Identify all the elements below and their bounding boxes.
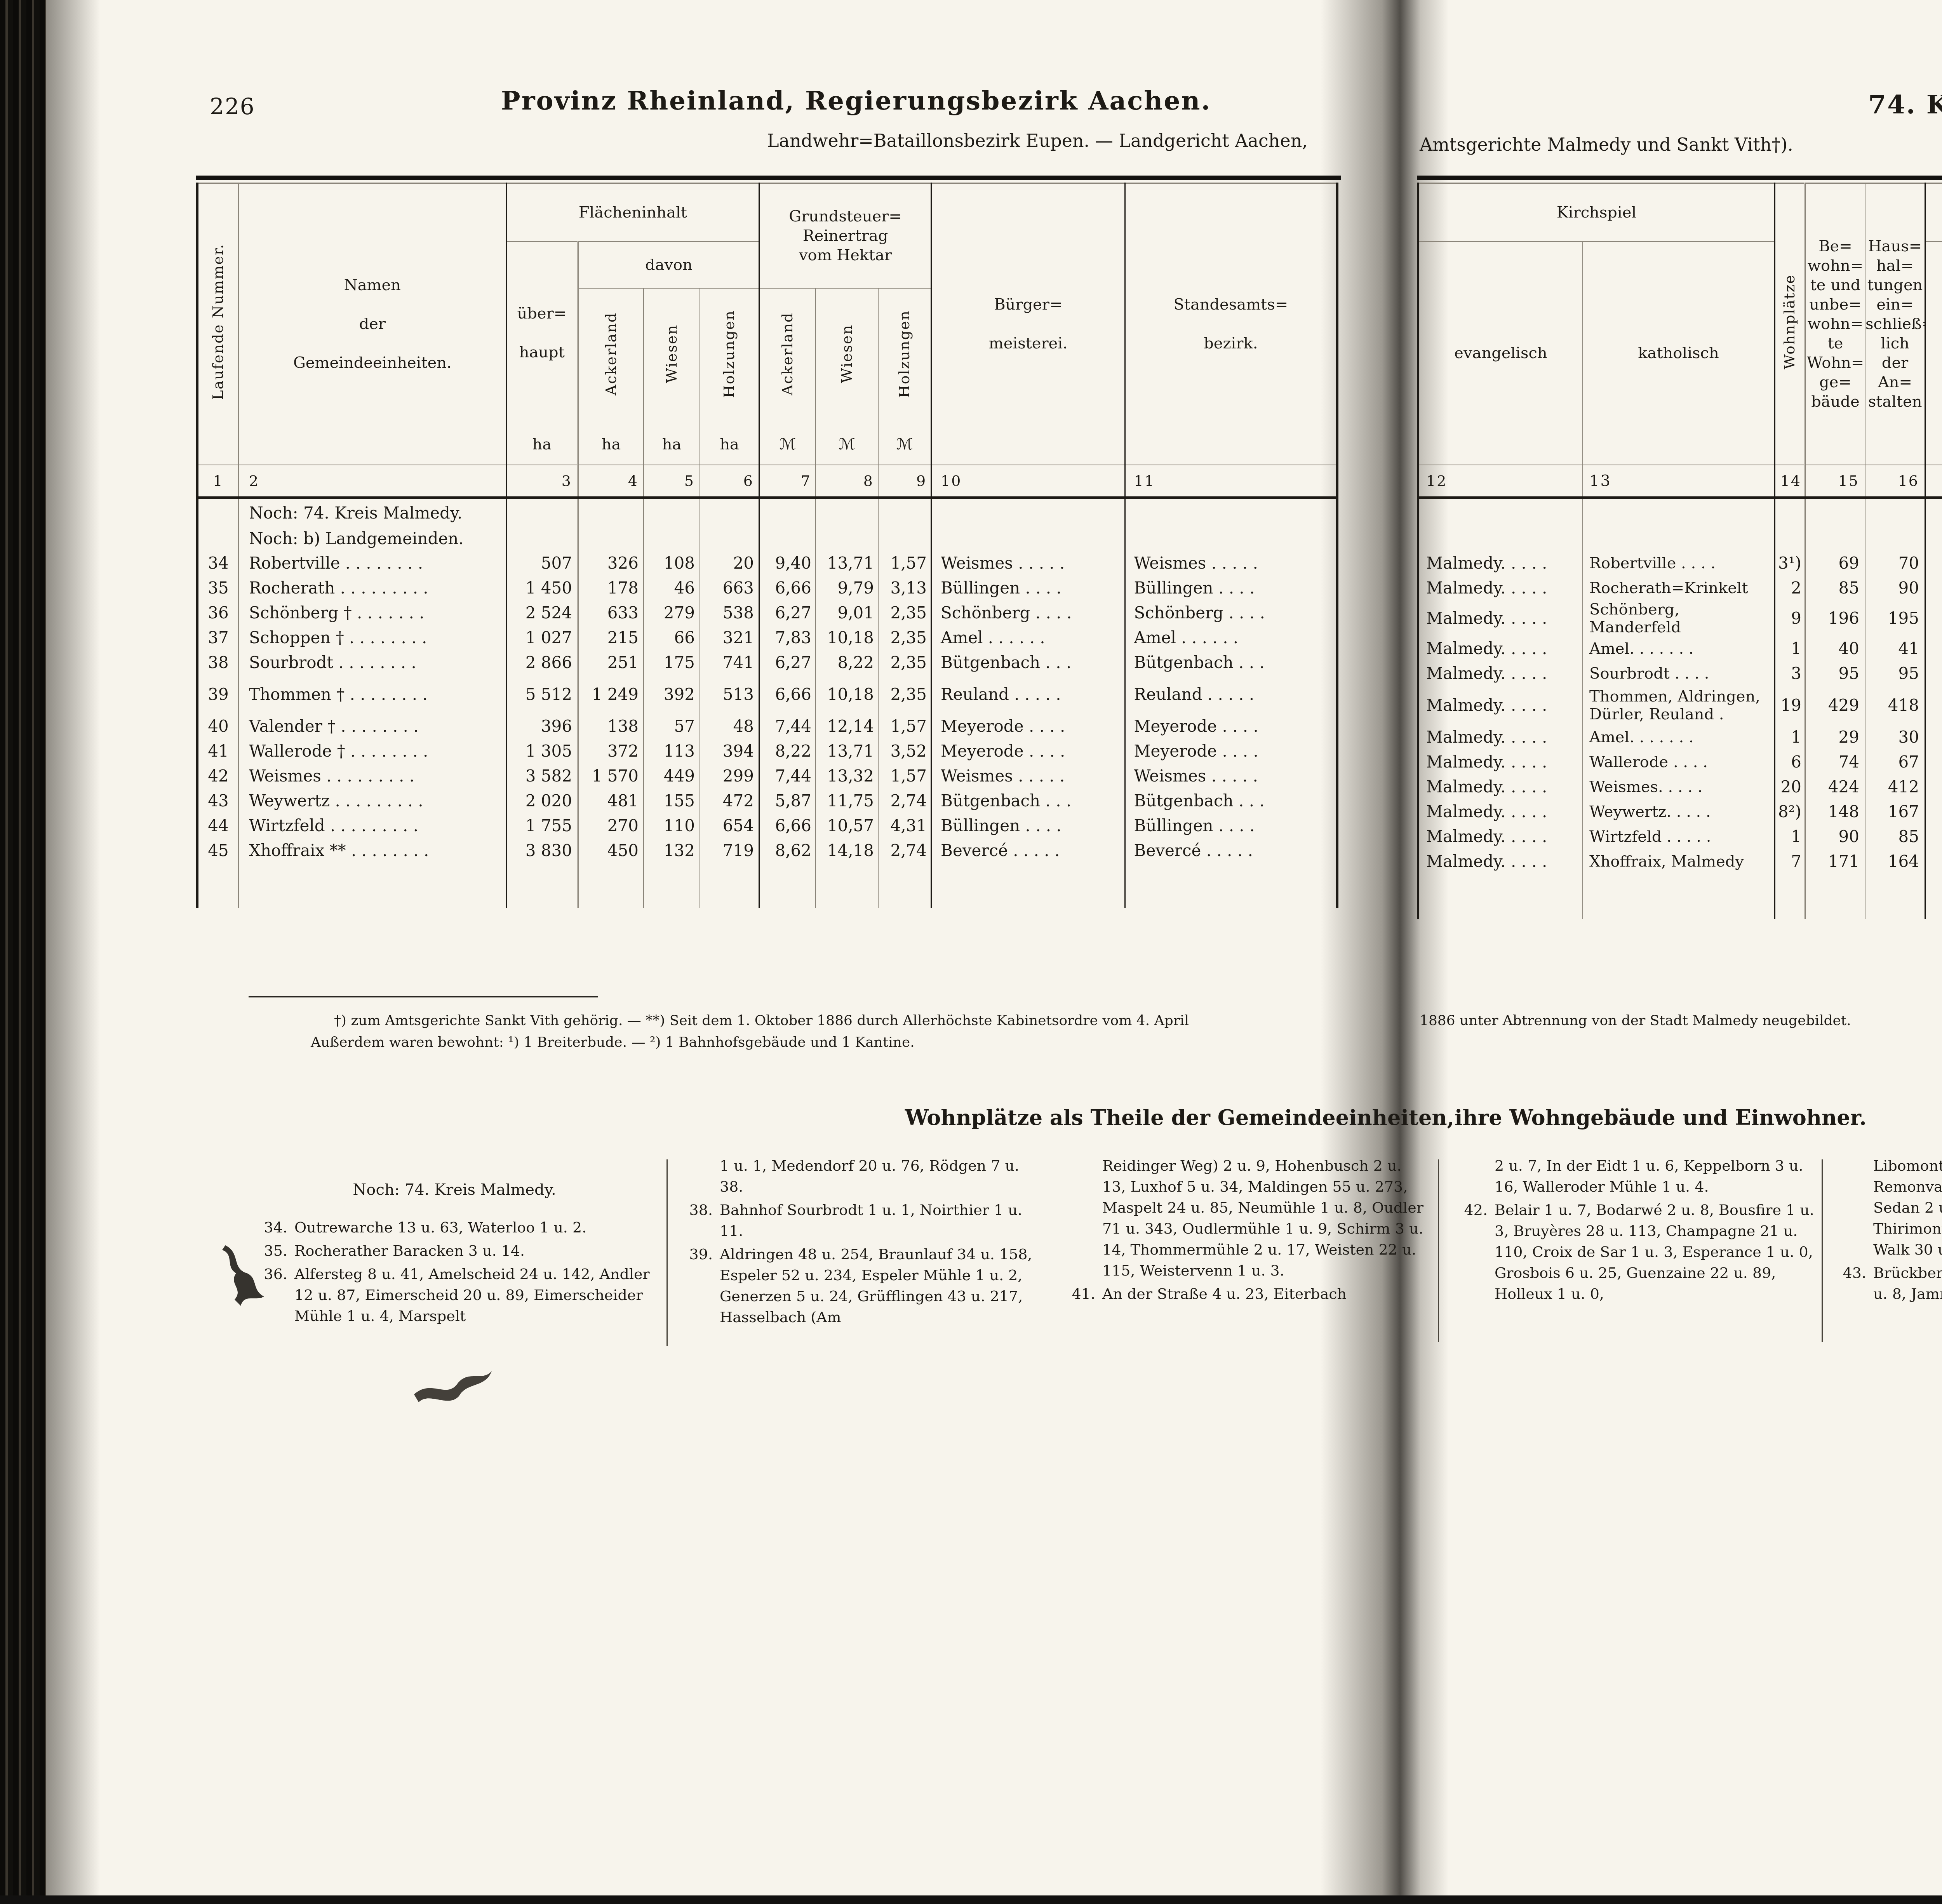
- note-number: [678, 1156, 720, 1197]
- table-cell: 1: [1775, 636, 1805, 661]
- table-cell: Malmedy. . . . .: [1418, 686, 1583, 725]
- table-cell: 138: [578, 714, 644, 739]
- table-cell: Amel. . . . . . .: [1583, 636, 1775, 661]
- table-cell: 110: [644, 813, 700, 838]
- col-header-wohngebaeude: Be= wohn= te und unbe= wohn= te Wohn= ge…: [1805, 183, 1865, 465]
- table-row: 40Valender † . . . . . . . .39613857487,…: [197, 714, 1337, 739]
- table-cell: 37: [197, 625, 238, 650]
- table-cell: Büllingen . . . .: [1125, 576, 1337, 600]
- col-header-ackerland-m: Ackerland: [759, 288, 816, 424]
- table-cell: 2: [1775, 576, 1805, 600]
- section-label: Noch: b) Landgemeinden.: [238, 527, 506, 551]
- note-number: 38.: [678, 1200, 720, 1242]
- note-number: 41.: [1060, 1284, 1102, 1305]
- note-number: 43.: [1831, 1263, 1873, 1305]
- unit-mark: ℳ: [878, 424, 931, 465]
- table-cell: 6,27: [759, 600, 816, 625]
- table-cell: 346: [1925, 551, 1942, 576]
- note-number: 42.: [1453, 1200, 1495, 1305]
- table-cell: Meyerode . . . .: [931, 714, 1125, 739]
- table-row: 41Wallerode † . . . . . . . .1 305372113…: [197, 739, 1337, 764]
- table-cell: 69: [1805, 551, 1865, 576]
- table-cell: Reuland . . . . .: [1125, 675, 1337, 714]
- table-cell: Malmedy. . . . .: [1418, 799, 1583, 824]
- table-cell: 8,22: [759, 739, 816, 764]
- table-cell: 321: [700, 625, 759, 650]
- population-and-religion-table: Kirchspiel Wohnplätze Be= wohn= te und u…: [1417, 183, 1942, 919]
- note-text: Aldringen 48 u. 254, Braunlauf 34 u. 158…: [720, 1244, 1047, 1328]
- table-row: 42Weismes . . . . . . . . .3 5821 570449…: [197, 764, 1337, 788]
- table-cell: 299: [700, 764, 759, 788]
- table-cell: 251: [578, 650, 644, 675]
- col-header-haushaltungen: Haus= hal= tungen ein= schließ= lich der…: [1865, 183, 1925, 465]
- unit-ha: ha: [644, 424, 700, 465]
- table-cell: Bütgenbach . . .: [1125, 788, 1337, 813]
- right-table-frame: Kirchspiel Wohnplätze Be= wohn= te und u…: [1417, 176, 1942, 919]
- note-text: Libomont 14 u. 51, Oudenval 80 u. 354, R…: [1873, 1156, 1942, 1260]
- settlement-note: 36.Alfersteg 8 u. 41, Amelscheid 24 u. 1…: [252, 1264, 656, 1327]
- table-cell: Xhoffraix, Malmedy: [1583, 849, 1775, 874]
- table-cell: Reuland . . . . .: [931, 675, 1125, 714]
- table-cell: 9: [1775, 600, 1805, 636]
- table-cell: 418: [1865, 686, 1925, 725]
- table-cell: 396: [506, 714, 578, 739]
- table-cell: 327: [1925, 750, 1942, 774]
- table-cell: 108: [644, 551, 700, 576]
- table-cell: Schönberg † . . . . . . .: [238, 600, 506, 625]
- table-row: 38Sourbrodt . . . . . . . .2 86625117574…: [197, 650, 1337, 675]
- table-cell: 148: [1805, 799, 1865, 824]
- unit-ha: ha: [700, 424, 759, 465]
- table-cell: Amel . . . . . .: [1125, 625, 1337, 650]
- table-cell: 228: [1925, 636, 1942, 661]
- table-cell: 6,66: [759, 675, 816, 714]
- table-cell: 30: [1865, 725, 1925, 750]
- filler-row: [1418, 874, 1942, 919]
- table-cell: 20: [1775, 774, 1805, 799]
- settlement-note: 41.An der Straße 4 u. 23, Eiterbach: [1060, 1284, 1423, 1305]
- note-number: 34.: [252, 1217, 294, 1238]
- note-text: Brückberg 5 u. 26, Bahnhof Bütgenbach 2 …: [1873, 1263, 1942, 1305]
- table-cell: 29: [1805, 725, 1865, 750]
- column-divider: [1438, 1159, 1439, 1342]
- table-cell: 74: [1805, 750, 1865, 774]
- table-cell: 7,44: [759, 714, 816, 739]
- table-cell: Malmedy. . . . .: [1418, 576, 1583, 600]
- note-text: 2 u. 7, In der Eidt 1 u. 6, Keppelborn 3…: [1495, 1156, 1822, 1197]
- table-cell: 1 755: [506, 813, 578, 838]
- table-cell: 215: [578, 625, 644, 650]
- settlement-note: Reidinger Weg) 2 u. 9, Hohenbusch 2 u. 1…: [1060, 1156, 1423, 1281]
- table-cell: 90: [1805, 824, 1865, 849]
- table-row: Malmedy. . . . .Thommen, Aldringen, Dürl…: [1418, 686, 1942, 725]
- settlement-note: 34.Outrewarche 13 u. 63, Waterloo 1 u. 2…: [252, 1217, 656, 1238]
- table-row: 44Wirtzfeld . . . . . . . . .1 755270110…: [197, 813, 1337, 838]
- table-cell: Weismes . . . . .: [1125, 551, 1337, 576]
- table-cell: Sourbrodt . . . .: [1583, 661, 1775, 686]
- table-cell: Malmedy. . . . .: [1418, 750, 1583, 774]
- col-header-holzungen-m: Holzungen: [878, 288, 931, 424]
- table-cell: Bütgenbach . . .: [931, 650, 1125, 675]
- settlement-note: 42.Belair 1 u. 7, Bodarwé 2 u. 8, Bousfi…: [1453, 1200, 1822, 1305]
- table-cell: Malmedy. . . . .: [1418, 824, 1583, 849]
- table-cell: Malmedy. . . . .: [1418, 661, 1583, 686]
- table-cell: Bütgenbach . . .: [1125, 650, 1337, 675]
- table-cell: 436: [1925, 824, 1942, 849]
- settlement-note: 2 u. 7, In der Eidt 1 u. 6, Keppelborn 3…: [1453, 1156, 1822, 1197]
- table-row: Malmedy. . . . .Amel. . . . . . .1293015…: [1418, 725, 1942, 750]
- table-cell: 7: [1775, 849, 1805, 874]
- table-cell: 449: [644, 764, 700, 788]
- table-cell: 3¹): [1775, 551, 1805, 576]
- table-cell: 196: [1805, 600, 1865, 636]
- table-cell: 95: [1865, 661, 1925, 686]
- table-cell: Xhoffraix ** . . . . . . . .: [238, 838, 506, 863]
- table-cell: 85: [1805, 576, 1865, 600]
- table-cell: 12,14: [816, 714, 878, 739]
- settlement-note: 38.Bahnhof Sourbrodt 1 u. 1, Noirthier 1…: [678, 1200, 1047, 1242]
- col-header-holzungen-ha: Holzungen: [700, 288, 759, 424]
- table-cell: 41: [197, 739, 238, 764]
- table-cell: 57: [644, 714, 700, 739]
- table-cell: 164: [1865, 849, 1925, 874]
- table-cell: 95: [1805, 661, 1865, 686]
- footnote-line: †) zum Amtsgerichte Sankt Vith gehörig. …: [334, 1013, 1189, 1029]
- note-number: [1060, 1156, 1102, 1281]
- table-cell: Rocherath . . . . . . . . .: [238, 576, 506, 600]
- table-cell: 3,13: [878, 576, 931, 600]
- table-row: Malmedy. . . . .Schönberg, Manderfeld919…: [1418, 600, 1942, 636]
- table-cell: 2,74: [878, 788, 931, 813]
- table-row: Malmedy. . . . .Sourbrodt . . . .3959549…: [1418, 661, 1942, 686]
- table-cell: Schönberg . . . .: [1125, 600, 1337, 625]
- table-cell: Meyerode . . . .: [1125, 739, 1337, 764]
- table-cell: 2,35: [878, 650, 931, 675]
- table-cell: Amel. . . . . . .: [1583, 725, 1775, 750]
- table-row: 37Schoppen † . . . . . . . .1 0272156632…: [197, 625, 1337, 650]
- table-cell: 167: [1865, 799, 1925, 824]
- table-cell: 663: [700, 576, 759, 600]
- table-cell: Thommen, Aldringen, Dürler, Reuland .: [1583, 686, 1775, 725]
- col-header-namen: Namen der Gemeindeeinheiten.: [238, 183, 506, 465]
- table-cell: 6,66: [759, 576, 816, 600]
- table-cell: 270: [578, 813, 644, 838]
- table-cell: Rocherath=Krinkelt: [1583, 576, 1775, 600]
- column-divider: [666, 1159, 668, 1346]
- table-row: Malmedy. . . . .Robertville . . . .3¹)69…: [1418, 551, 1942, 576]
- group-header-kirchspiel: Kirchspiel: [1418, 183, 1775, 242]
- table-cell: Robertville . . . . . . . .: [238, 551, 506, 576]
- table-cell: 1 883: [1925, 774, 1942, 799]
- table-cell: 372: [578, 739, 644, 764]
- table-cell: Weismes. . . . .: [1583, 774, 1775, 799]
- table-cell: Weywertz. . . . .: [1583, 799, 1775, 824]
- table-row: Malmedy. . . . .Xhoffraix, Malmedy717116…: [1418, 849, 1942, 874]
- footnote-line: Außerdem waren bewohnt: ¹) 1 Breiterbude…: [311, 1034, 915, 1050]
- note-number: 39.: [678, 1244, 720, 1328]
- col-header-wohnplaetze: Wohnplätze: [1775, 183, 1805, 465]
- table-cell: Wallerode . . . .: [1583, 750, 1775, 774]
- table-cell: 9,79: [816, 576, 878, 600]
- table-cell: 44: [197, 813, 238, 838]
- table-cell: 195: [1865, 600, 1925, 636]
- table-cell: 507: [506, 551, 578, 576]
- table-row: Malmedy. . . . .Weywertz. . . . .8²)1481…: [1418, 799, 1942, 824]
- table-cell: 708: [1925, 849, 1942, 874]
- table-cell: 1,57: [878, 551, 931, 576]
- table-cell: Valender † . . . . . . . .: [238, 714, 506, 739]
- table-cell: 11,75: [816, 788, 878, 813]
- table-row: Malmedy. . . . .Wirtzfeld . . . . .19085…: [1418, 824, 1942, 849]
- column-number-row: 1213 1415 1617 1819 2021 2223 2425 1: [1418, 465, 1942, 498]
- settlement-notes-column-2: 1 u. 1, Medendorf 20 u. 76, Rödgen 7 u. …: [678, 1156, 1047, 1330]
- note-number: [1831, 1156, 1873, 1260]
- table-cell: 3,52: [878, 739, 931, 764]
- table-cell: 7,44: [759, 764, 816, 788]
- filler-row: [197, 863, 1337, 908]
- settlement-note: 43.Brückberg 5 u. 26, Bahnhof Bütgenbach…: [1831, 1263, 1942, 1305]
- right-table-body: Malmedy. . . . .Robertville . . . .3¹)69…: [1418, 551, 1942, 874]
- table-row: 39Thommen † . . . . . . . .5 5121 249392…: [197, 675, 1337, 714]
- col-header-katholisch: katholisch: [1583, 242, 1775, 465]
- table-cell: Thommen † . . . . . . . .: [238, 675, 506, 714]
- table-cell: Büllingen . . . .: [1125, 813, 1337, 838]
- table-cell: 39: [197, 675, 238, 714]
- bottom-section-title-left: Wohnplätze als Theile der Gemeindeeinhei…: [905, 1105, 1454, 1130]
- table-cell: 48: [700, 714, 759, 739]
- footnote-rule: [249, 996, 598, 997]
- table-cell: 279: [644, 600, 700, 625]
- table-cell: Sourbrodt . . . . . . . .: [238, 650, 506, 675]
- table-cell: 41: [1865, 636, 1925, 661]
- table-cell: 1 570: [578, 764, 644, 788]
- table-cell: 2,35: [878, 625, 931, 650]
- table-cell: 7,83: [759, 625, 816, 650]
- col-header-ueberhaupt: Über= haupt: [1925, 242, 1942, 465]
- table-cell: 8,62: [759, 838, 816, 863]
- table-cell: 2,35: [878, 675, 931, 714]
- column-divider: [1822, 1159, 1823, 1342]
- col-header-buergermeisterei: Bürger= meisterei.: [931, 183, 1125, 465]
- bottom-section-title-right: ihre Wohngebäude und Einwohner.: [1455, 1105, 1867, 1130]
- col-header-laufende-nummer: Laufende Nummer.: [197, 183, 238, 465]
- table-cell: Schoppen † . . . . . . . .: [238, 625, 506, 650]
- table-cell: 34: [197, 551, 238, 576]
- table-cell: Bevercé . . . . .: [1125, 838, 1337, 863]
- page-subtitle-right: Amtsgerichte Malmedy und Sankt Vith†).: [1420, 134, 1793, 155]
- table-cell: 741: [700, 650, 759, 675]
- note-text: Belair 1 u. 7, Bodarwé 2 u. 8, Bousfire …: [1495, 1200, 1822, 1305]
- footnote-left: †) zum Amtsgerichte Sankt Vith gehörig. …: [311, 1010, 1429, 1053]
- group-header-davon: davon: [578, 242, 759, 288]
- table-cell: 42: [197, 764, 238, 788]
- page-title-left: Provinz Rheinland, Regierungsbezirk Aach…: [501, 85, 1211, 116]
- table-cell: Malmedy. . . . .: [1418, 600, 1583, 636]
- settlement-notes-column-3: Reidinger Weg) 2 u. 9, Hohenbusch 2 u. 1…: [1060, 1156, 1423, 1307]
- table-cell: 1 027: [506, 625, 578, 650]
- table-cell: Weismes . . . . .: [931, 551, 1125, 576]
- table-cell: 67: [1865, 750, 1925, 774]
- group-header-flaecheninhalt: Flächeninhalt: [506, 183, 759, 242]
- page-title-right: 74. Kreis Malmedy.: [1868, 89, 1942, 120]
- table-cell: 171: [1805, 849, 1865, 874]
- table-cell: 19: [1775, 686, 1805, 725]
- table-cell: 38: [197, 650, 238, 675]
- left-table-body: 34Robertville . . . . . . . .50732610820…: [197, 551, 1337, 863]
- col-header-ueberhaupt-ha: über= haupt: [506, 242, 578, 424]
- table-cell: 490: [1925, 661, 1942, 686]
- table-cell: 35: [197, 576, 238, 600]
- book-edge-bottom: [0, 1895, 1942, 1904]
- section-row: Noch: b) Landgemeinden.: [197, 527, 1337, 551]
- table-cell: 2 068: [1925, 686, 1942, 725]
- table-cell: 178: [578, 576, 644, 600]
- table-cell: 45: [197, 838, 238, 863]
- table-row: 35Rocherath . . . . . . . . .1 450178466…: [197, 576, 1337, 600]
- unit-mark: ℳ: [759, 424, 816, 465]
- table-cell: 1 249: [578, 675, 644, 714]
- note-text: An der Straße 4 u. 23, Eiterbach: [1102, 1284, 1423, 1305]
- table-cell: 155: [644, 788, 700, 813]
- table-cell: Büllingen . . . .: [931, 576, 1125, 600]
- table-cell: 152: [1925, 725, 1942, 750]
- table-cell: Malmedy. . . . .: [1418, 636, 1583, 661]
- book-edge-left: [0, 0, 46, 1904]
- settlement-notes-column-5: Libomont 14 u. 51, Oudenval 80 u. 354, R…: [1831, 1156, 1942, 1307]
- group-header-ortsanwesende-bevoelkerung: Ortsanwesende Bevölkerung am 1. Dezember…: [1925, 183, 1942, 242]
- table-cell: 20: [700, 551, 759, 576]
- table-cell: 9,40: [759, 551, 816, 576]
- table-cell: 13,32: [816, 764, 878, 788]
- area-and-districts-table: Laufende Nummer. Namen der Gemeindeeinhe…: [196, 183, 1338, 908]
- table-cell: 1,57: [878, 764, 931, 788]
- scanned-book-spread: 226 Provinz Rheinland, Regierungsbezirk …: [0, 0, 1942, 1904]
- table-cell: 85: [1865, 824, 1925, 849]
- table-cell: 538: [700, 600, 759, 625]
- table-cell: 8²): [1775, 799, 1805, 824]
- table-cell: 1 450: [506, 576, 578, 600]
- table-row: Malmedy. . . . .Weismes. . . . .20424412…: [1418, 774, 1942, 799]
- table-cell: 429: [1805, 686, 1865, 725]
- table-cell: 6,66: [759, 813, 816, 838]
- table-row: Malmedy. . . . .Wallerode . . . .6746732…: [1418, 750, 1942, 774]
- note-text: Reidinger Weg) 2 u. 9, Hohenbusch 2 u. 1…: [1102, 1156, 1423, 1281]
- table-cell: Malmedy. . . . .: [1418, 551, 1583, 576]
- table-cell: 1 305: [506, 739, 578, 764]
- table-cell: 132: [644, 838, 700, 863]
- col-header-evangelisch: evangelisch: [1418, 242, 1583, 465]
- table-cell: Weismes . . . . .: [1125, 764, 1337, 788]
- group-header-grundsteuer: Grundsteuer= Reinertrag vom Hektar: [759, 183, 931, 288]
- section-label: Noch: 74. Kreis Malmedy.: [238, 498, 506, 527]
- table-cell: 326: [578, 551, 644, 576]
- table-row: 43Weywertz . . . . . . . . .2 0204811554…: [197, 788, 1337, 813]
- table-cell: 719: [700, 838, 759, 863]
- table-cell: 2,74: [878, 838, 931, 863]
- table-cell: 2,35: [878, 600, 931, 625]
- footnote-line: 1886 unter Abtrennung von der Stadt Malm…: [1420, 1013, 1851, 1029]
- table-cell: 1,57: [878, 714, 931, 739]
- table-cell: 6: [1775, 750, 1805, 774]
- unit-ha: ha: [506, 424, 578, 465]
- table-cell: 14,18: [816, 838, 878, 863]
- table-cell: Malmedy. . . . .: [1418, 849, 1583, 874]
- table-cell: 654: [700, 813, 759, 838]
- table-cell: 4,31: [878, 813, 931, 838]
- table-cell: Bütgenbach . . .: [931, 788, 1125, 813]
- table-cell: 13,71: [816, 739, 878, 764]
- table-cell: Meyerode . . . .: [1125, 714, 1337, 739]
- note-number: [1453, 1156, 1495, 1197]
- table-cell: 472: [700, 788, 759, 813]
- left-table-frame: Laufende Nummer. Namen der Gemeindeeinhe…: [196, 176, 1341, 908]
- table-cell: Weismes . . . . . . . . .: [238, 764, 506, 788]
- table-cell: 90: [1865, 576, 1925, 600]
- note-text: Bahnhof Sourbrodt 1 u. 1, Noirthier 1 u.…: [720, 1200, 1047, 1242]
- footnote-right: 1886 unter Abtrennung von der Stadt Malm…: [1420, 1010, 1942, 1032]
- table-cell: 10,18: [816, 625, 878, 650]
- note-text: 1 u. 1, Medendorf 20 u. 76, Rödgen 7 u. …: [720, 1156, 1047, 1197]
- table-cell: 3: [1775, 661, 1805, 686]
- table-cell: 3 582: [506, 764, 578, 788]
- table-cell: 813: [1925, 799, 1942, 824]
- note-text: Alfersteg 8 u. 41, Amelscheid 24 u. 142,…: [294, 1264, 656, 1327]
- table-cell: Bevercé . . . . .: [931, 838, 1125, 863]
- book-edge-left-shadow: [46, 0, 100, 1904]
- settlement-notes-column-4: 2 u. 7, In der Eidt 1 u. 6, Keppelborn 3…: [1453, 1156, 1822, 1307]
- unit-ha: ha: [578, 424, 644, 465]
- table-cell: 433: [1925, 576, 1942, 600]
- table-cell: Wirtzfeld . . . . .: [1583, 824, 1775, 849]
- table-row: 34Robertville . . . . . . . .50732610820…: [197, 551, 1337, 576]
- table-cell: Weismes . . . . .: [931, 764, 1125, 788]
- settlement-note: 35.Rocherather Baracken 3 u. 14.: [252, 1241, 656, 1262]
- table-cell: 70: [1865, 551, 1925, 576]
- table-row: 36Schönberg † . . . . . . .2 52463327953…: [197, 600, 1337, 625]
- table-row: Malmedy. . . . .Amel. . . . . . .1404122…: [1418, 636, 1942, 661]
- unit-mark: ℳ: [816, 424, 878, 465]
- table-cell: 513: [700, 675, 759, 714]
- col-header-ackerland-ha: Ackerland: [578, 288, 644, 424]
- table-cell: 43: [197, 788, 238, 813]
- table-cell: 394: [700, 739, 759, 764]
- col-header-standesamtsbezirk: Standesamts= bezirk.: [1125, 183, 1337, 465]
- table-cell: 46: [644, 576, 700, 600]
- table-cell: Wallerode † . . . . . . . .: [238, 739, 506, 764]
- table-cell: 113: [644, 739, 700, 764]
- table-cell: 5 512: [506, 675, 578, 714]
- table-cell: 9,01: [816, 600, 878, 625]
- spacer-row: [1418, 498, 1942, 551]
- table-cell: Schönberg, Manderfeld: [1583, 600, 1775, 636]
- table-cell: 5,87: [759, 788, 816, 813]
- table-cell: Robertville . . . .: [1583, 551, 1775, 576]
- table-cell: 8,22: [816, 650, 878, 675]
- table-cell: 40: [1805, 636, 1865, 661]
- table-cell: 412: [1865, 774, 1925, 799]
- page-number-left: 226: [210, 93, 255, 120]
- table-cell: 2 020: [506, 788, 578, 813]
- table-cell: 1: [1775, 824, 1805, 849]
- table-cell: 392: [644, 675, 700, 714]
- settlement-note: 39.Aldringen 48 u. 254, Braunlauf 34 u. …: [678, 1244, 1047, 1328]
- table-row: 45Xhoffraix ** . . . . . . . .3 83045013…: [197, 838, 1337, 863]
- settlement-notes-column-1: Noch: 74. Kreis Malmedy. 34.Outrewarche …: [252, 1179, 656, 1329]
- ink-smudge: [218, 1239, 287, 1317]
- table-cell: 66: [644, 625, 700, 650]
- table-cell: Amel . . . . . .: [931, 625, 1125, 650]
- note-text: Outrewarche 13 u. 63, Waterloo 1 u. 2.: [294, 1217, 656, 1238]
